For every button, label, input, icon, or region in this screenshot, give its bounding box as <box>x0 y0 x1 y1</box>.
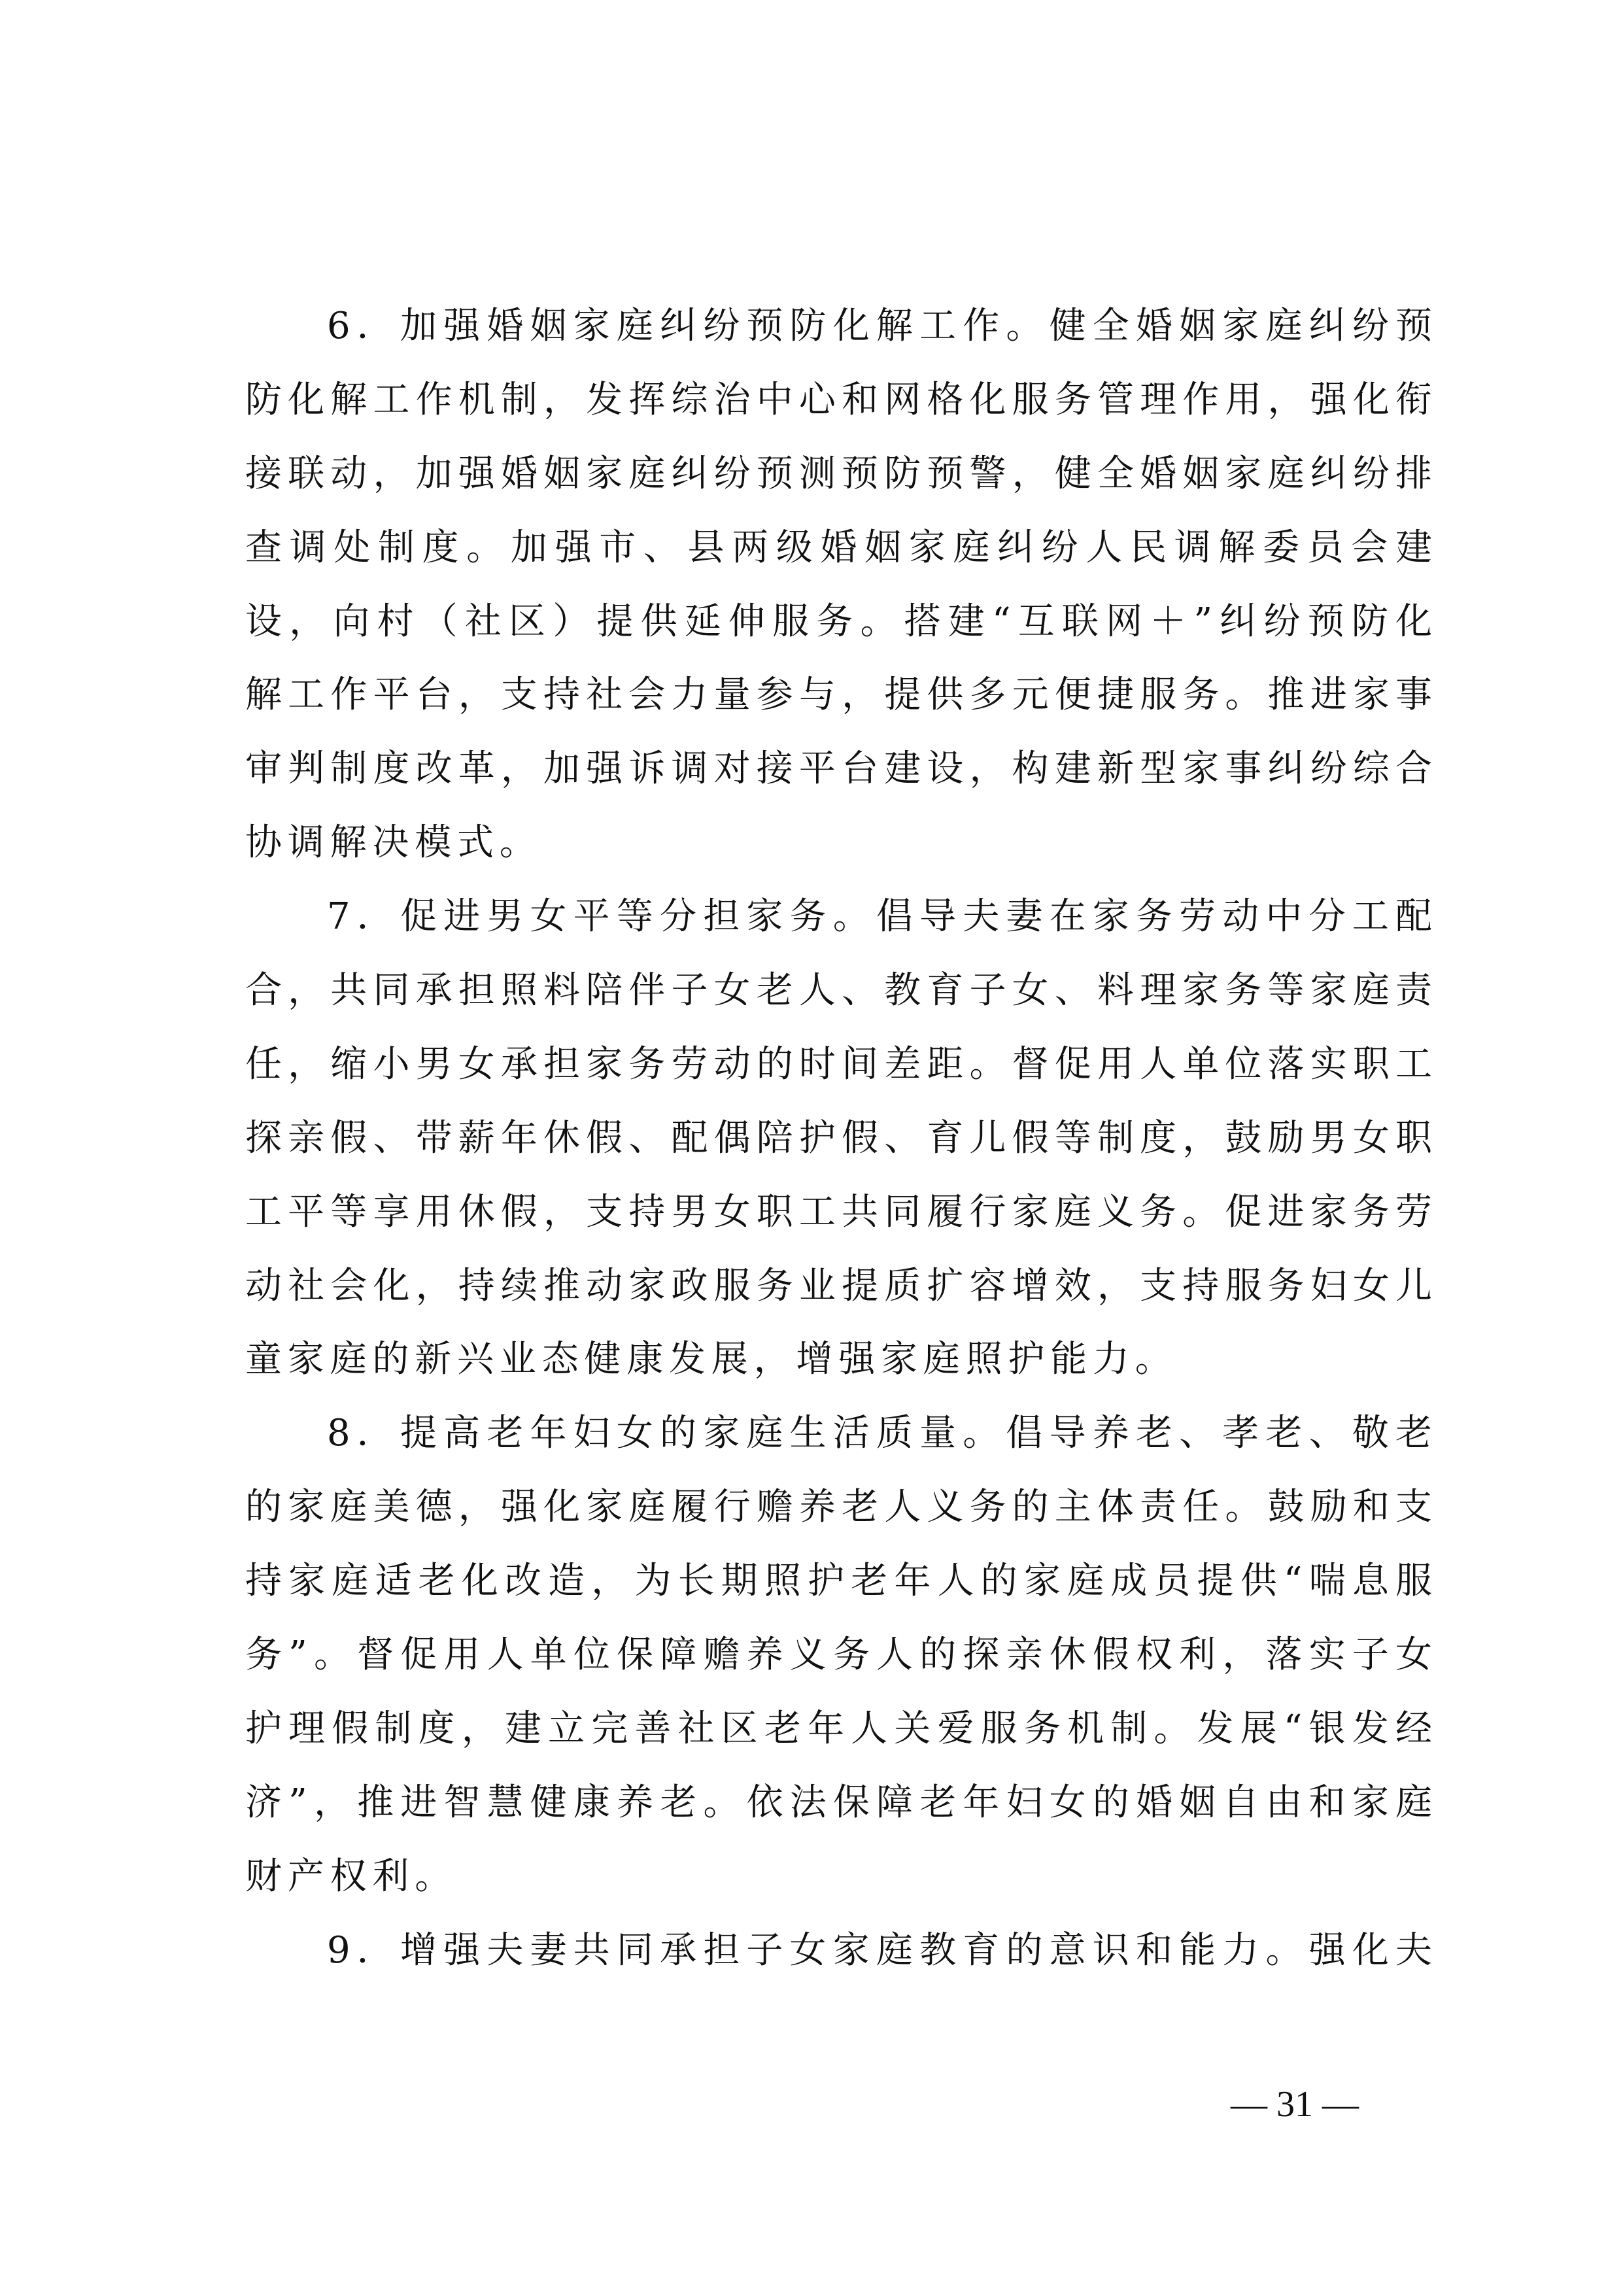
paragraph-8-line-3: 持家庭适老化改造，为长期照护老年人的家庭成员提供“喘息服 <box>245 1545 1432 1619</box>
paragraph-7-line-6: 动社会化，持续推动家政服务业提质扩容增效，支持服务妇女儿 <box>245 1250 1432 1324</box>
paragraph-8-line-2: 的家庭美德，强化家庭履行赡养老人义务的主体责任。鼓励和支 <box>245 1471 1432 1545</box>
body-text: 6．加强婚姻家庭纠纷预防化解工作。健全婚姻家庭纠纷预 防化解工作机制，发挥综治中… <box>245 290 1432 1987</box>
paragraph-6-line-2: 防化解工作机制，发挥综治中心和网格化服务管理作用，强化衔 <box>245 364 1432 437</box>
paragraph-6-line-4: 查调处制度。加强市、县两级婚姻家庭纠纷人民调解委员会建 <box>245 511 1432 585</box>
paragraph-7-line-3: 任，缩小男女承担家务劳动的时间差距。督促用人单位落实职工 <box>245 1028 1432 1102</box>
paragraph-7-line-7: 童家庭的新兴业态健康发展，增强家庭照护能力。 <box>245 1323 1432 1397</box>
paragraph-8-line-6: 济”，推进智慧健康养老。依法保障老年妇女的婚姻自由和家庭 <box>245 1766 1432 1840</box>
paragraph-6-line-1: 6．加强婚姻家庭纠纷预防化解工作。健全婚姻家庭纠纷预 <box>245 290 1432 364</box>
document-page: 6．加强婚姻家庭纠纷预防化解工作。健全婚姻家庭纠纷预 防化解工作机制，发挥综治中… <box>0 0 1623 2296</box>
paragraph-6-line-5: 设，向村（社区）提供延伸服务。搭建“互联网＋”纠纷预防化 <box>245 585 1432 659</box>
paragraph-6-line-3: 接联动，加强婚姻家庭纠纷预测预防预警，健全婚姻家庭纠纷排 <box>245 437 1432 511</box>
paragraph-7-line-5: 工平等享用休假，支持男女职工共同履行家庭义务。促进家务劳 <box>245 1176 1432 1250</box>
paragraph-7-line-4: 探亲假、带薪年休假、配偶陪护假、育儿假等制度，鼓励男女职 <box>245 1102 1432 1176</box>
paragraph-8-line-1: 8．提高老年妇女的家庭生活质量。倡导养老、孝老、敬老 <box>245 1397 1432 1471</box>
paragraph-8-line-4: 务”。督促用人单位保障赡养义务人的探亲休假权利，落实子女 <box>245 1619 1432 1692</box>
paragraph-8-line-7: 财产权利。 <box>245 1840 1432 1914</box>
paragraph-9-line-1: 9．增强夫妻共同承担子女家庭教育的意识和能力。强化夫 <box>245 1914 1432 1988</box>
page-number: — 31 — <box>1203 2080 1386 2129</box>
paragraph-6-line-6: 解工作平台，支持社会力量参与，提供多元便捷服务。推进家事 <box>245 659 1432 732</box>
paragraph-7-line-2: 合，共同承担照料陪伴子女老人、教育子女、料理家务等家庭责 <box>245 954 1432 1028</box>
paragraph-6-line-8: 协调解决模式。 <box>245 806 1432 880</box>
paragraph-7-line-1: 7．促进男女平等分担家务。倡导夫妻在家务劳动中分工配 <box>245 880 1432 954</box>
paragraph-6-line-7: 审判制度改革，加强诉调对接平台建设，构建新型家事纠纷综合 <box>245 732 1432 806</box>
paragraph-8-line-5: 护理假制度，建立完善社区老年人关爱服务机制。发展“银发经 <box>245 1692 1432 1766</box>
